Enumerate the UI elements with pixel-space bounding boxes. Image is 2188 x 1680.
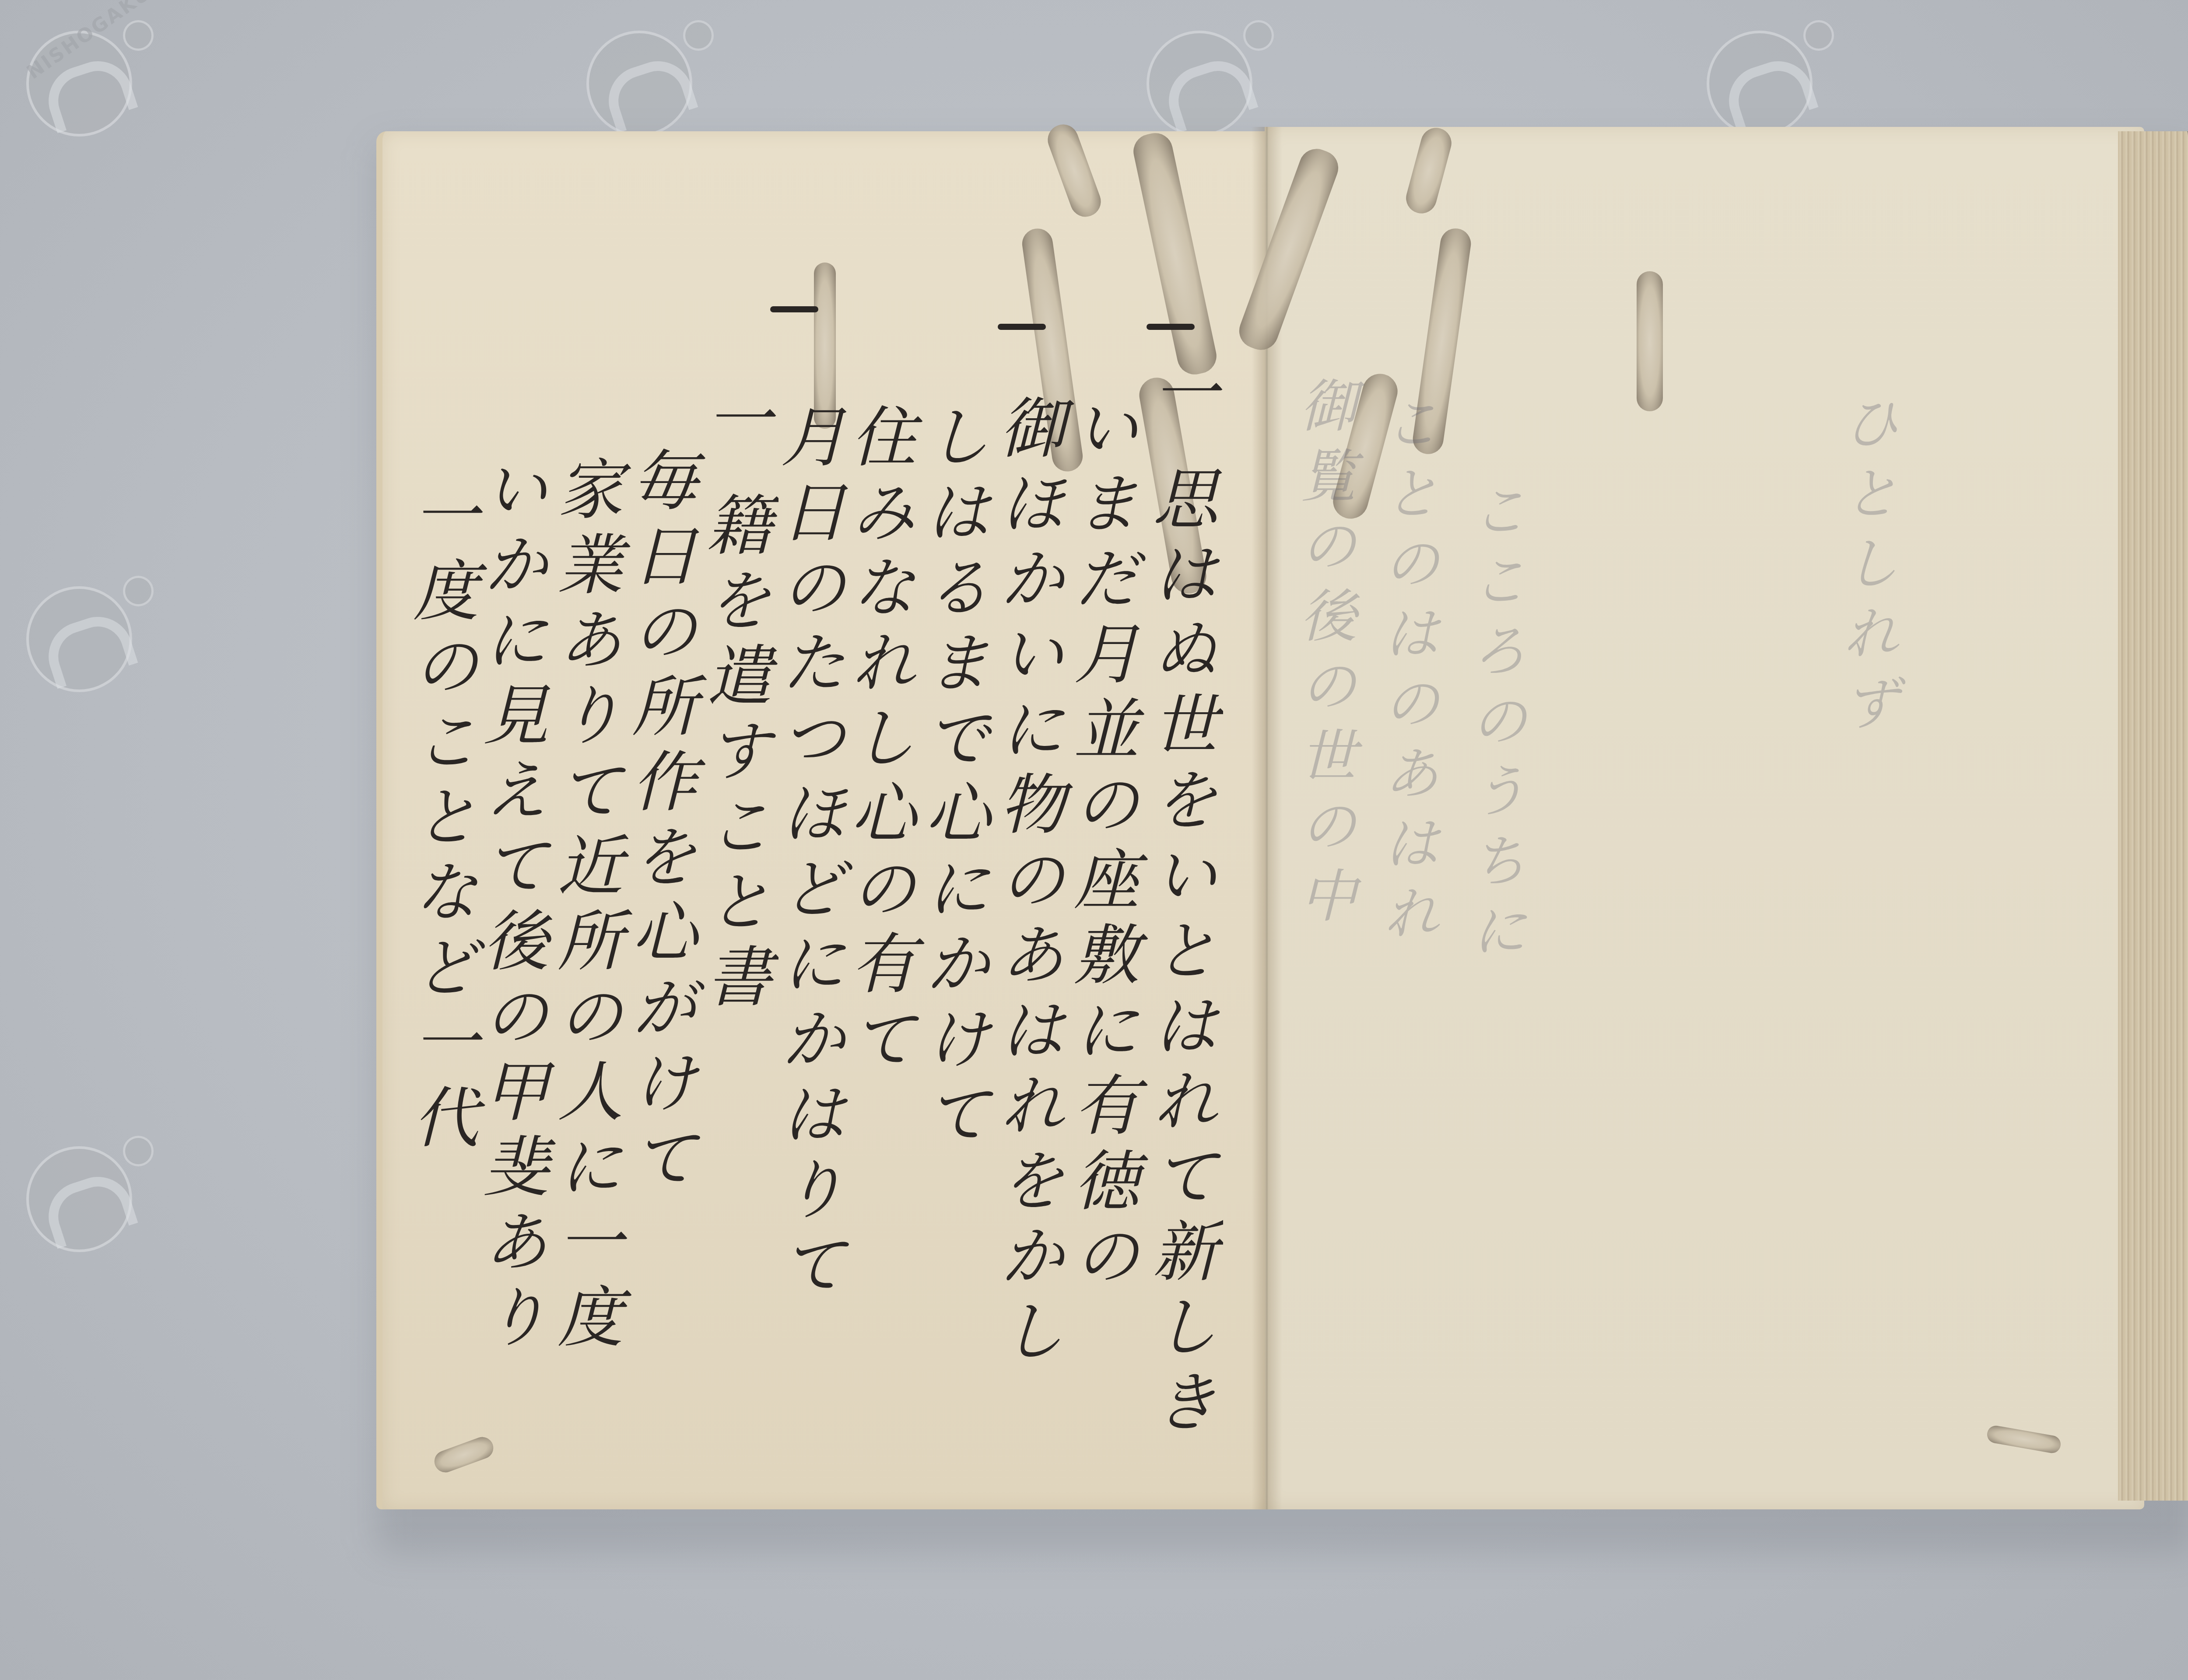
watermark-logo (26, 586, 132, 692)
watermark-logo (1147, 31, 1252, 136)
watermark-logo (586, 31, 692, 136)
ghost-text-column: ことのはのあはれ (1378, 394, 1435, 954)
page-stack-edge (2118, 131, 2188, 1501)
ghost-text-column: ひとしれず (1838, 394, 1895, 744)
text-column: いまだ月並の座敷に有徳の (1068, 394, 1133, 1297)
watermark-logo (1707, 31, 1813, 136)
worm-hole (1637, 271, 1663, 411)
item-mark (770, 306, 818, 312)
text-column: いかに見えて後の甲斐あり (477, 455, 543, 1358)
watermark-logo: NISHOGAKUSHA (26, 31, 132, 136)
item-mark (998, 324, 1046, 330)
text-column: 毎日の所作を心がけて (626, 446, 691, 1199)
text-column: 家業ありて近所の人に一度 (551, 455, 617, 1358)
ghost-text-column: こころのうちに (1466, 481, 1523, 971)
text-column: 一度のことなど一代 (407, 481, 473, 1158)
ghost-text-column: 御覧の後の世の中 (1295, 376, 1352, 936)
text-column: 一 思はぬ世をいとはれて新しき (1147, 359, 1212, 1443)
text-column: 一 籍を遣すこと書 (700, 385, 766, 1018)
watermark-logo (26, 1146, 132, 1252)
text-column: 御ほかいに物のあはれをかし (993, 394, 1059, 1372)
text-column: 月日のたつほどにかはりて (775, 402, 840, 1305)
text-column: しはるまで心にかけて (919, 402, 985, 1155)
item-mark (1147, 324, 1195, 330)
text-column: 住みなれし心の有て (845, 402, 910, 1080)
